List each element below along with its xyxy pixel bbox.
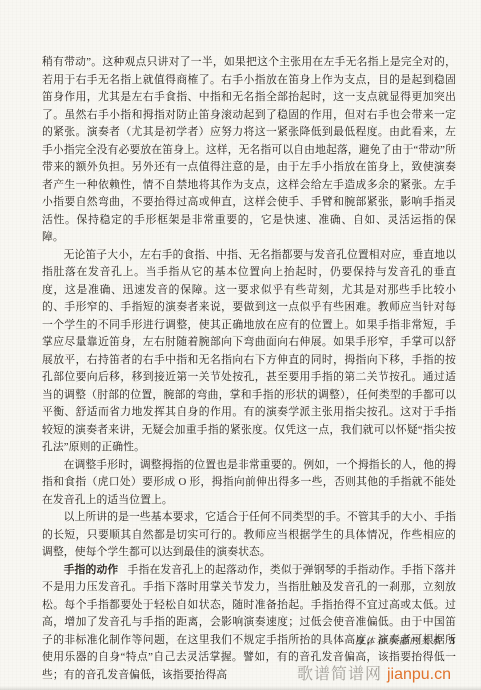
paragraph-basic-requirements: 以上所讲的是一些基本要求，它适合于任何不同类型的手。不管其手的大小、手指的长短，… bbox=[42, 509, 456, 562]
paragraph-thumb-adjustment: 在调整手形时，调整拇指的位置也是非常重要的。例如，一个拇指长的人，他的拇指和食指… bbox=[42, 457, 456, 510]
watermark-site-url: jianpu.cn bbox=[387, 666, 451, 683]
watermark: 歌谱简谱网jianpu.cn bbox=[297, 661, 451, 684]
page-text: 稍有带动”。这种观点只讲对了一半，如果把这个主张用在左手无名指上是完全对的，若用… bbox=[42, 54, 456, 684]
inline-section-heading: 手指的动作 bbox=[64, 564, 119, 576]
paragraph-finger-placement: 无论笛子大小，左右手的食指、中指、无名指都要与发音孔位置相对应，垂直地以指肚落在… bbox=[42, 247, 456, 457]
running-footer: 身体和乐器的关系3 bbox=[354, 634, 455, 647]
page-number: 3 bbox=[450, 635, 456, 647]
watermark-site-name: 歌谱简谱网 bbox=[297, 666, 382, 683]
running-title: 身体和乐器的关系 bbox=[354, 636, 442, 646]
book-page: 稍有带动”。这种观点只讲对了一半，如果把这个主张用在左手无名指上是完全对的，若用… bbox=[0, 0, 481, 690]
paragraph-pinky-support: 稍有带动”。这种观点只讲对了一半，如果把这个主张用在左手无名指上是完全对的，若用… bbox=[42, 54, 456, 247]
